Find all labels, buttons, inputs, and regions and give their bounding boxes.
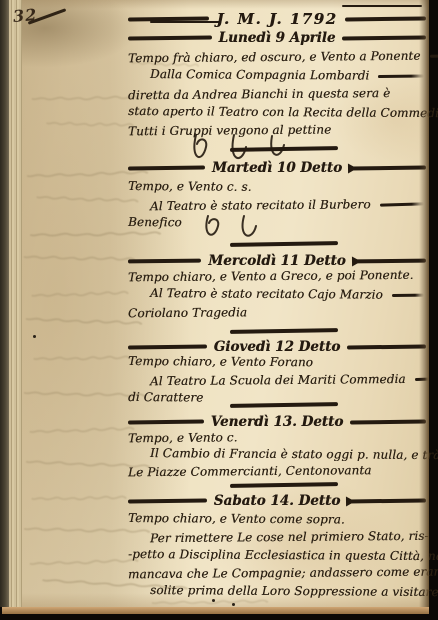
ink-rule xyxy=(128,166,205,171)
ink-rule-arrow xyxy=(349,166,426,171)
ink-rule xyxy=(128,420,204,425)
ink-flourish-stroke xyxy=(380,202,424,206)
line-text: Tempo chiaro, e Vento come sopra. xyxy=(128,511,345,527)
manuscript-line: Al Teatro è stato recitato Cajo Marzio xyxy=(150,286,424,302)
ink-flourish-stroke xyxy=(378,74,424,78)
manuscript-line: Al Teatro La Scuola dei Mariti Commedia xyxy=(150,372,424,388)
line-text: solite prima della Loro Soppressione a v… xyxy=(150,583,438,599)
entry-date: Mercoldì 11 Detto xyxy=(208,253,346,269)
entry-date-heading: Giovedì 12 Detto xyxy=(128,339,426,355)
ink-rule xyxy=(342,5,422,7)
bleed-squiggle xyxy=(30,491,128,505)
manuscript-line: Al Teatro è stato recitato il Burbero xyxy=(150,197,424,213)
line-text: diretta da Andrea Bianchi in questa sera… xyxy=(128,86,390,102)
line-text: di Carattere xyxy=(128,390,203,405)
manuscript-line: mancava che Le Compagnie; andassero come… xyxy=(128,565,424,582)
ink-flourish-stroke xyxy=(429,54,438,57)
line-text: Tempo chiaro, e Vento Forano xyxy=(128,354,313,369)
ink-rule-arrow xyxy=(347,499,426,504)
year-header-row: J. M. J. 1792 xyxy=(128,10,426,28)
line-text: Al Teatro è stato recitato Cajo Marzio xyxy=(150,286,383,302)
manuscript-line: Tempo, e Vento c. s. xyxy=(128,179,424,195)
entry-date-heading: Venerdì 13. Detto xyxy=(128,414,426,430)
folio-number: 32 xyxy=(12,5,38,26)
line-text: Al Teatro è stato recitato il Burbero xyxy=(150,197,371,213)
entry-date-heading: Lunedì 9 Aprile xyxy=(128,30,426,46)
page-stack-edges xyxy=(9,0,22,607)
line-text: Le Piazze Commercianti, Centonovanta xyxy=(128,463,372,479)
manuscript-line: stato aperto il Teatro con la Recita del… xyxy=(128,104,424,120)
manuscript-line: Dalla Comica Compagnia Lombardi xyxy=(150,67,424,83)
manuscript-line: solite prima della Loro Soppressione a v… xyxy=(150,583,424,599)
ink-rule xyxy=(347,345,426,350)
entry-date-heading: Mercoldì 11 Detto xyxy=(128,253,426,269)
ink-rule xyxy=(150,21,220,23)
manuscript-line: Tempo chiaro, e Vento a Greco, e poi Pon… xyxy=(128,268,424,285)
bleed-squiggle xyxy=(32,351,132,365)
ink-rule xyxy=(128,259,201,264)
manuscript-line: Il Cambio di Francia è stato oggi p. nul… xyxy=(150,446,424,462)
line-text: Il Cambio di Francia è stato oggi p. nul… xyxy=(150,446,438,462)
manuscript-line: Le Piazze Commercianti, Centonovanta xyxy=(128,463,424,480)
ink-rule xyxy=(342,35,426,40)
manuscript-photo: 32 J. M. J. 1792 Lunedì 9 Aprile Tempo f… xyxy=(0,0,438,620)
ink-rule xyxy=(128,35,212,40)
bleed-squiggle xyxy=(30,91,140,105)
manuscript-line: Tempo frà chiaro, ed oscuro, e Vento a P… xyxy=(128,49,424,66)
line-text: stato aperto il Teatro con la Recita del… xyxy=(128,104,438,120)
page-fore-edge xyxy=(419,0,429,607)
entry-date-heading: Sabato 14. Detto xyxy=(128,493,426,509)
bleed-squiggle xyxy=(22,251,137,265)
manuscript-line: diretta da Andrea Bianchi in questa sera… xyxy=(128,86,424,103)
descender-flourish xyxy=(196,214,306,244)
ink-speck xyxy=(232,603,235,606)
line-text: Coriolano Tragedia xyxy=(128,305,247,320)
entry-date: Martedì 10 Detto xyxy=(212,160,342,176)
entry-date: Sabato 14. Detto xyxy=(214,493,341,509)
book-gutter-edge xyxy=(0,0,9,607)
entry-date: Giovedì 12 Detto xyxy=(214,339,341,355)
ink-rule xyxy=(350,420,426,425)
page-stack-bottom-edge xyxy=(2,607,429,614)
manuscript-line: -petto a Disciplina Ecclesiastica in que… xyxy=(128,547,424,563)
line-text: Per rimettere Le cose nel primiero Stato… xyxy=(150,529,429,545)
entry-date-heading: Martedì 10 Detto xyxy=(128,160,426,176)
entry-date: Venerdì 13. Detto xyxy=(211,414,344,430)
manuscript-line: Coriolano Tragedia xyxy=(128,304,424,321)
manuscript-line: Per rimettere Le cose nel primiero Stato… xyxy=(150,529,424,545)
ink-rule xyxy=(128,499,207,504)
line-text: Tempo chiaro, e Vento a Greco, e poi Pon… xyxy=(128,268,414,284)
line-text: Tempo, e Vento c. xyxy=(128,430,238,445)
line-text: Tempo, e Vento c. s. xyxy=(128,179,252,194)
ink-rule xyxy=(345,17,427,22)
manuscript-line: Tempo chiaro, e Vento Forano xyxy=(128,354,424,370)
year-monogram: J. M. J. 1792 xyxy=(216,10,337,28)
bleed-squiggle xyxy=(45,117,135,131)
line-text: Benefico xyxy=(128,215,182,229)
line-text: Dalla Comica Compagnia Lombardi xyxy=(150,67,369,83)
ink-speck xyxy=(212,599,215,602)
line-text: Al Teatro La Scuola dei Mariti Commedia xyxy=(150,372,406,388)
ink-rule xyxy=(128,345,207,350)
entry-date: Lunedì 9 Aprile xyxy=(219,30,336,46)
ink-speck xyxy=(33,335,36,338)
line-text: -petto a Disciplina Ecclesiastica in que… xyxy=(128,547,438,563)
manuscript-line: Tempo chiaro, e Vento come sopra. xyxy=(128,511,424,527)
line-text: Tempo frà chiaro, ed oscuro, e Vento a P… xyxy=(128,49,421,66)
ink-rule-arrow xyxy=(353,259,426,264)
line-text: mancava che Le Compagnie; andassero come… xyxy=(128,564,438,581)
manuscript-line: Tempo, e Vento c. xyxy=(128,429,424,446)
